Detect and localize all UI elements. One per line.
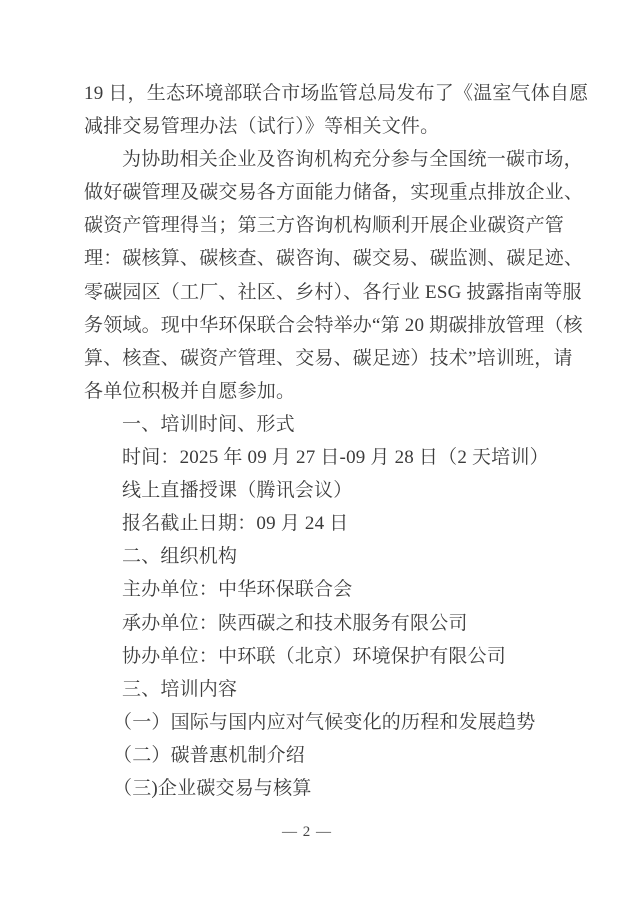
text-line: 减排交易管理办法（试行）》等相关文件。 — [84, 110, 556, 143]
text-line: 理：碳核算、碳核查、碳咨询、碳交易、碳监测、碳足迹、 — [84, 242, 556, 275]
text-line: 零碳园区（工厂、社区、乡村）、各行业 ESG 披露指南等服 — [84, 276, 556, 309]
text-line: 碳资产管理得当；第三方咨询机构顺利开展企业碳资产管 — [84, 209, 556, 242]
text-line: 各单位积极并自愿参加。 — [84, 375, 556, 408]
text-line: 做好碳管理及碳交易各方面能力储备，实现重点排放企业、 — [84, 176, 556, 209]
text-line: 主办单位：中华环保联合会 — [84, 573, 556, 606]
document-body: 19 日，生态环境部联合市场监管总局发布了《温室气体自愿减排交易管理办法（试行）… — [84, 77, 556, 805]
text-line: 19 日，生态环境部联合市场监管总局发布了《温室气体自愿 — [84, 77, 556, 110]
text-line: 报名截止日期：09 月 24 日 — [84, 507, 556, 540]
document-page: 19 日，生态环境部联合市场监管总局发布了《温室气体自愿减排交易管理办法（试行）… — [0, 0, 636, 900]
text-line: （二）碳普惠机制介绍 — [84, 739, 556, 772]
text-line: 三、培训内容 — [84, 673, 556, 706]
text-line: 务领域。现中华环保联合会特举办“第 20 期碳排放管理（核 — [84, 309, 556, 342]
text-line: 线上直播授课（腾讯会议） — [84, 474, 556, 507]
text-line: （三)企业碳交易与核算 — [84, 772, 556, 805]
text-line: 时间：2025 年 09 月 27 日-09 月 28 日（2 天培训） — [84, 441, 556, 474]
text-line: 为协助相关企业及咨询机构充分参与全国统一碳市场， — [84, 143, 556, 176]
text-line: 承办单位：陕西碳之和技术服务有限公司 — [84, 607, 556, 640]
page-number: — 2 — — [0, 824, 614, 841]
text-line: 算、核查、碳资产管理、交易、碳足迹）技术”培训班，请 — [84, 342, 556, 375]
text-line: 二、组织机构 — [84, 540, 556, 573]
text-line: （一）国际与国内应对气候变化的历程和发展趋势 — [84, 706, 556, 739]
text-line: 一、培训时间、形式 — [84, 408, 556, 441]
text-line: 协办单位：中环联（北京）环境保护有限公司 — [84, 640, 556, 673]
